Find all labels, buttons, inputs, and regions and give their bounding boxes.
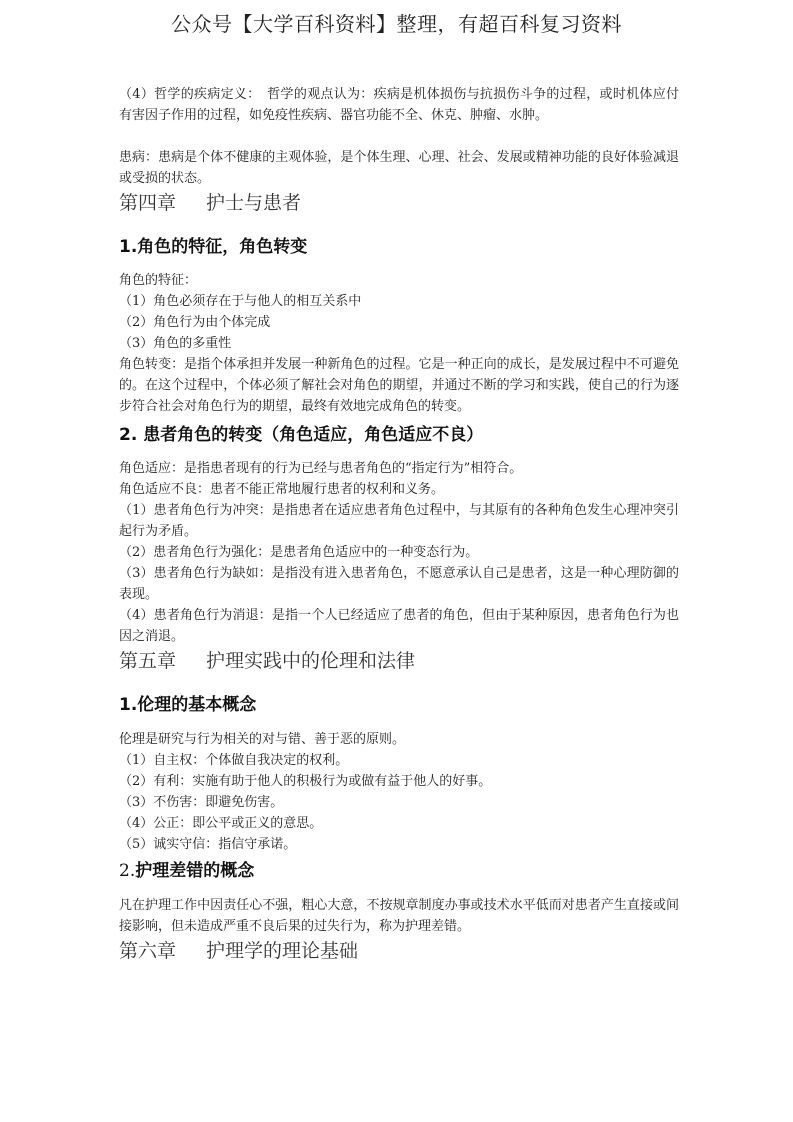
list-item: （4）公正：即公平或正义的意思。 bbox=[119, 813, 679, 834]
paragraph: 角色的特征： bbox=[119, 270, 679, 291]
paragraph: 伦理是研究与行为相关的对与错、善于恶的原则。 bbox=[119, 729, 679, 750]
chapter-title: 护士与患者 bbox=[206, 192, 301, 214]
list-item: （1）患者角色行为冲突：是指患者在适应患者角色过程中，与其原有的各种角色发生心理… bbox=[119, 500, 679, 542]
section-heading-ethics: 1.伦理的基本概念 bbox=[119, 693, 679, 717]
list-item: （1）自主权：个体做自我决定的权利。 bbox=[119, 750, 679, 771]
paragraph-illness: 患病：患病是个体不健康的主观体验，是个体生理、心理、社会、发展或精神功能的良好体… bbox=[119, 147, 679, 189]
section-title: 护理差错的概念 bbox=[135, 861, 254, 881]
list-item: （3）患者角色行为缺如：是指没有进入患者角色，不愿意承认自己是患者，这是一种心理… bbox=[119, 563, 679, 605]
section-number: 2. bbox=[119, 861, 135, 881]
list-item: （1）角色必须存在于与他人的相互关系中 bbox=[119, 291, 679, 312]
paragraph: 角色适应：是指患者现有的行为已经与患者角色的“指定行为”相符合。 bbox=[119, 458, 679, 479]
page-header-watermark: 公众号【大学百科资料】整理，有超百科复习资料 bbox=[0, 8, 793, 37]
list-item: （2）角色行为由个体完成 bbox=[119, 312, 679, 333]
list-item: （4）患者角色行为消退：是指一个人已经适应了患者的角色，但由于某种原因，患者角色… bbox=[119, 605, 679, 647]
list-item: （5）诚实守信：指信守承诺。 bbox=[119, 834, 679, 855]
list-item: （3）不伤害：即避免伤害。 bbox=[119, 792, 679, 813]
section-heading-patient-role: 2. 患者角色的转变（角色适应，角色适应不良） bbox=[119, 423, 679, 447]
list-item: （2）患者角色行为强化：是患者角色适应中的一种变态行为。 bbox=[119, 542, 679, 563]
paragraph-role-transition: 角色转变：是指个体承担并发展一种新角色的过程。它是一种正向的成长，是发展过程中不… bbox=[119, 354, 679, 417]
list-item: （3）角色的多重性 bbox=[119, 333, 679, 354]
paragraph: 角色适应不良：患者不能正常地履行患者的权利和义务。 bbox=[119, 479, 679, 500]
paragraph-nursing-error: 凡在护理工作中因责任心不强，粗心大意，不按规章制度办事或技术水平低而对患者产生直… bbox=[119, 895, 679, 937]
chapter-5-heading: 第五章护理实践中的伦理和法律 bbox=[119, 648, 679, 674]
paragraph-disease-definition: （4）哲学的疾病定义： 哲学的观点认为：疾病是机体损伤与抗损伤斗争的过程，或时机… bbox=[119, 84, 679, 126]
chapter-6-heading: 第六章护理学的理论基础 bbox=[119, 938, 679, 964]
chapter-title: 护理学的理论基础 bbox=[206, 940, 358, 962]
chapter-number: 第四章 bbox=[119, 192, 176, 214]
section-heading-role-features: 1.角色的特征，角色转变 bbox=[119, 235, 679, 259]
list-item: （2）有利：实施有助于他人的积极行为或做有益于他人的好事。 bbox=[119, 771, 679, 792]
section-heading-nursing-error: 2.护理差错的概念 bbox=[119, 859, 679, 883]
chapter-number: 第六章 bbox=[119, 940, 176, 962]
chapter-4-heading: 第四章护士与患者 bbox=[119, 190, 679, 216]
chapter-number: 第五章 bbox=[119, 650, 176, 672]
chapter-title: 护理实践中的伦理和法律 bbox=[206, 650, 415, 672]
